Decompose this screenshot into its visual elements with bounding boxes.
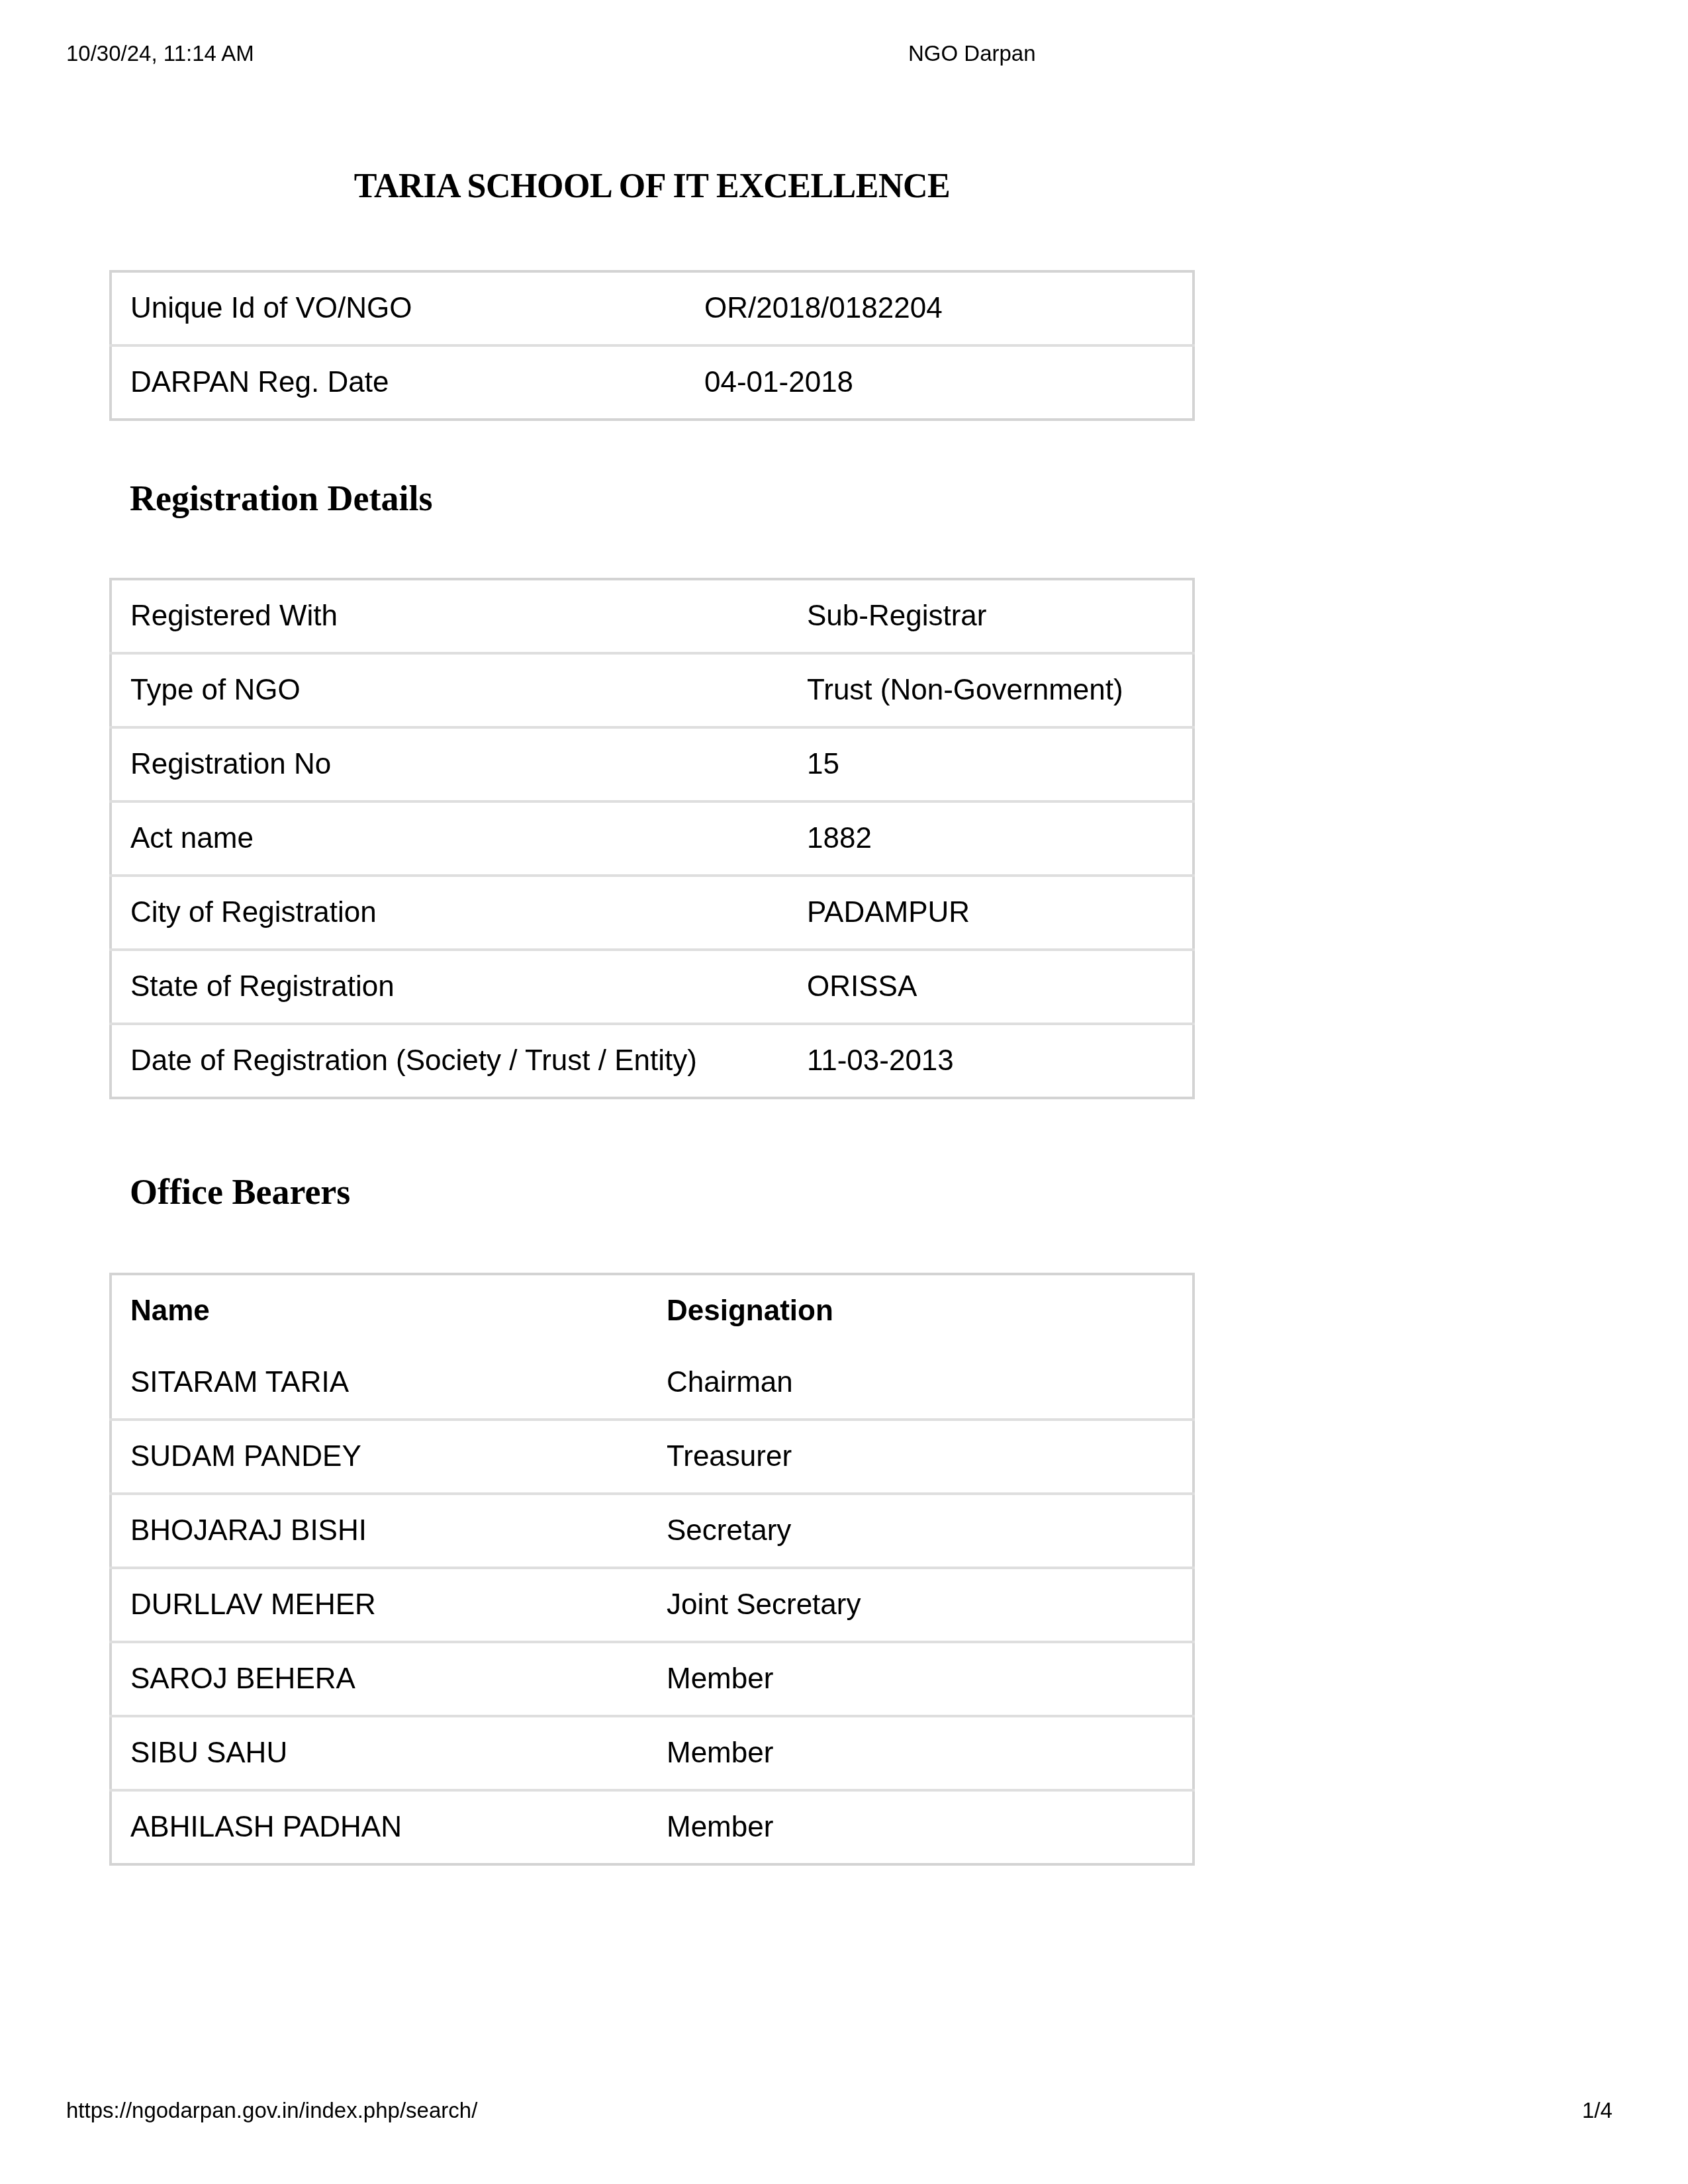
table-row: Registered WithSub-Registrar — [111, 579, 1194, 653]
registration-label: City of Registration — [111, 876, 788, 950]
bearer-designation: Secretary — [648, 1494, 1194, 1568]
table-row: BHOJARAJ BISHISecretary — [111, 1494, 1194, 1568]
bearer-designation: Treasurer — [648, 1420, 1194, 1494]
table-row: Registration No15 — [111, 727, 1194, 801]
print-url: https://ngodarpan.gov.in/index.php/searc… — [66, 2098, 477, 2123]
table-row: SIBU SAHUMember — [111, 1716, 1194, 1790]
bearer-designation: Joint Secretary — [648, 1568, 1194, 1642]
summary-label: DARPAN Reg. Date — [111, 345, 686, 420]
table-header-row: Name Designation — [111, 1274, 1194, 1347]
registration-label: Act name — [111, 801, 788, 876]
bearer-name: SIBU SAHU — [111, 1716, 648, 1790]
table-row: SUDAM PANDEYTreasurer — [111, 1420, 1194, 1494]
summary-value: 04-01-2018 — [686, 345, 1194, 420]
registration-label: Registration No — [111, 727, 788, 801]
registration-table: Registered WithSub-Registrar Type of NGO… — [109, 578, 1195, 1099]
registration-label: State of Registration — [111, 950, 788, 1024]
summary-table: Unique Id of VO/NGO OR/2018/0182204 DARP… — [109, 270, 1195, 421]
table-row: Type of NGOTrust (Non-Government) — [111, 653, 1194, 727]
table-row: Date of Registration (Society / Trust / … — [111, 1024, 1194, 1098]
office-bearers-heading: Office Bearers — [130, 1171, 350, 1212]
bearer-name: SAROJ BEHERA — [111, 1642, 648, 1716]
table-row: Unique Id of VO/NGO OR/2018/0182204 — [111, 271, 1194, 345]
summary-value: OR/2018/0182204 — [686, 271, 1194, 345]
registration-label: Registered With — [111, 579, 788, 653]
registration-value: 11-03-2013 — [788, 1024, 1194, 1098]
registration-value: PADAMPUR — [788, 876, 1194, 950]
registration-heading: Registration Details — [130, 478, 432, 519]
column-header-name: Name — [111, 1274, 648, 1347]
table-row: DARPAN Reg. Date 04-01-2018 — [111, 345, 1194, 420]
bearer-name: BHOJARAJ BISHI — [111, 1494, 648, 1568]
bearer-name: DURLLAV MEHER — [111, 1568, 648, 1642]
office-bearers-table: Name Designation SITARAM TARIAChairman S… — [109, 1273, 1195, 1866]
bearer-designation: Member — [648, 1642, 1194, 1716]
bearer-name: ABHILASH PADHAN — [111, 1790, 648, 1864]
print-datetime: 10/30/24, 11:14 AM — [66, 41, 254, 66]
registration-value: Trust (Non-Government) — [788, 653, 1194, 727]
registration-label: Date of Registration (Society / Trust / … — [111, 1024, 788, 1098]
registration-value: ORISSA — [788, 950, 1194, 1024]
summary-label: Unique Id of VO/NGO — [111, 271, 686, 345]
org-name-title: TARIA SCHOOL OF IT EXCELLENCE — [109, 167, 1195, 206]
bearer-designation: Member — [648, 1790, 1194, 1864]
registration-value: Sub-Registrar — [788, 579, 1194, 653]
print-page-number: 1/4 — [1582, 2098, 1613, 2123]
table-row: SAROJ BEHERAMember — [111, 1642, 1194, 1716]
table-row: State of RegistrationORISSA — [111, 950, 1194, 1024]
bearer-designation: Member — [648, 1716, 1194, 1790]
bearer-name: SITARAM TARIA — [111, 1347, 648, 1420]
print-page-title: NGO Darpan — [908, 41, 1036, 66]
registration-value: 15 — [788, 727, 1194, 801]
registration-value: 1882 — [788, 801, 1194, 876]
table-row: DURLLAV MEHERJoint Secretary — [111, 1568, 1194, 1642]
registration-label: Type of NGO — [111, 653, 788, 727]
bearer-designation: Chairman — [648, 1347, 1194, 1420]
column-header-designation: Designation — [648, 1274, 1194, 1347]
bearer-name: SUDAM PANDEY — [111, 1420, 648, 1494]
table-row: ABHILASH PADHANMember — [111, 1790, 1194, 1864]
table-row: City of RegistrationPADAMPUR — [111, 876, 1194, 950]
table-row: Act name1882 — [111, 801, 1194, 876]
table-row: SITARAM TARIAChairman — [111, 1347, 1194, 1420]
